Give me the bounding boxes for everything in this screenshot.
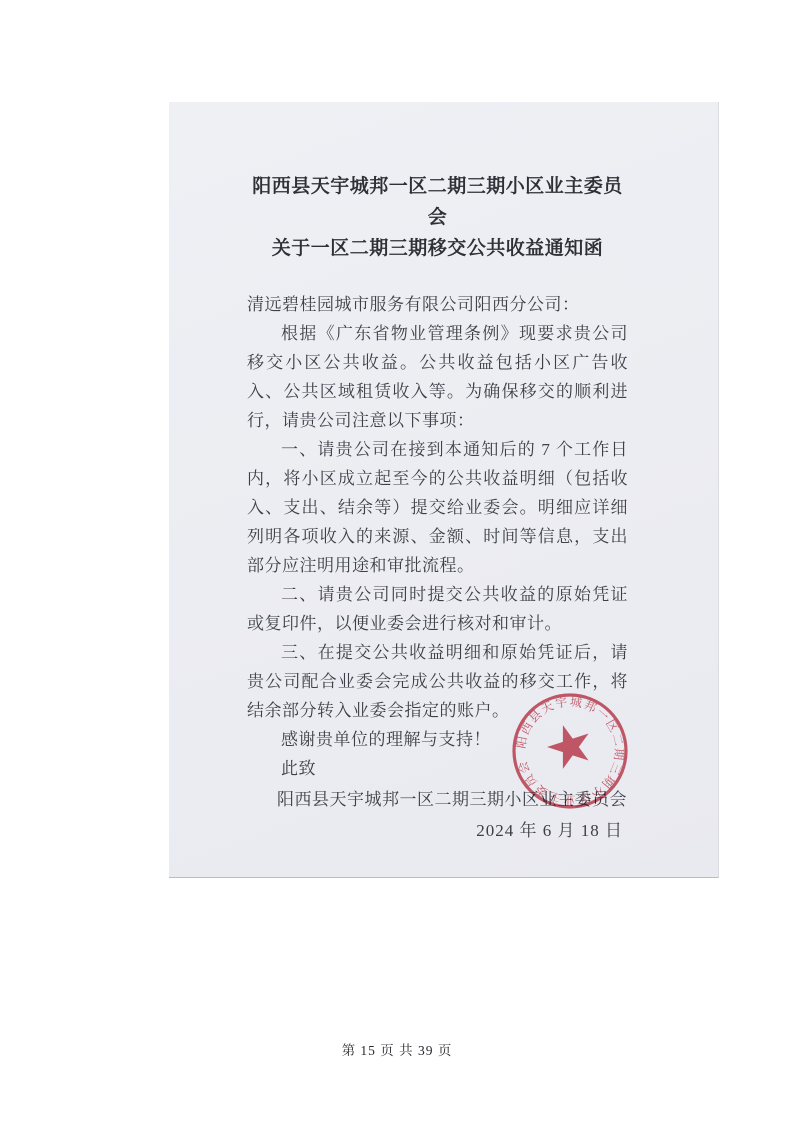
paragraph-item-1: 一、请贵公司在接到本通知后的 7 个工作日内，将小区成立起至今的公共收益明细（包… [247,435,628,580]
scanned-document: 阳西县天宇城邦一区二期三期小区业主委员会 关于一区二期三期移交公共收益通知函 清… [169,102,719,878]
page-number-footer: 第 15 页 共 39 页 [0,1039,794,1059]
paragraph-intro: 根据《广东省物业管理条例》现要求贵公司移交小区公共收益。公共收益包括小区广告收入… [247,319,628,435]
document-title-line2: 关于一区二期三期移交公共收益通知函 [247,233,628,264]
salutation: 清远碧桂园城市服务有限公司阳西分公司： [247,290,628,319]
paragraph-closing: 此致 [247,754,628,783]
signature-date: 2024 年 6 月 18 日 [247,816,628,845]
paragraph-item-3: 三、在提交公共收益明细和原始凭证后，请贵公司配合业委会完成公共收益的移交工作，将… [247,638,628,725]
paragraph-item-2: 二、请贵公司同时提交公共收益的原始凭证或复印件，以便业委会进行核对和审计。 [247,580,628,638]
document-title-line1: 阳西县天宇城邦一区二期三期小区业主委员会 [247,171,628,233]
page: 阳西县天宇城邦一区二期三期小区业主委员会 关于一区二期三期移交公共收益通知函 清… [0,0,794,1123]
document-content: 阳西县天宇城邦一区二期三期小区业主委员会 关于一区二期三期移交公共收益通知函 清… [169,102,718,877]
paragraph-thanks: 感谢贵单位的理解与支持！ [247,725,628,754]
document-title: 阳西县天宇城邦一区二期三期小区业主委员会 关于一区二期三期移交公共收益通知函 [247,171,628,264]
signature-committee: 阳西县天宇城邦一区二期三期小区业主委员会 [247,785,628,814]
